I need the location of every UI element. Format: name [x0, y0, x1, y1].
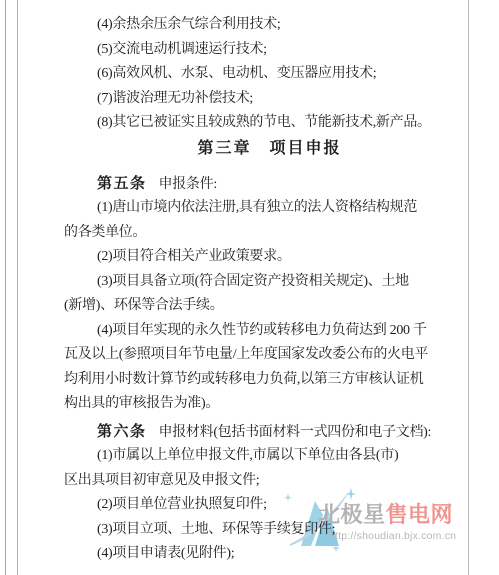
- document-page: (4)余热余压余气综合利用技术; (5)交流电动机调速运行技术; (6)高效风机…: [0, 0, 499, 575]
- document-line: 区出具项目初审意见及申报文件;: [0, 469, 499, 494]
- article-6-text: 申报材料(包括书面材料一式四份和电子文档):: [159, 425, 432, 440]
- article-5-line: 第五条申报条件:: [0, 172, 499, 197]
- document-line: (5)交流电动机调速运行技术;: [0, 38, 499, 63]
- document-line: (2)项目单位营业执照复印件;: [0, 493, 499, 518]
- document-line: 瓦及以上(参照项目年节电量/上年度国家发改委公布的火电平: [0, 343, 499, 368]
- document-line: (新增)、环保等合法手续。: [0, 294, 499, 319]
- chapter-heading: 第三章 项目申报: [0, 136, 499, 162]
- document-line: (3)项目立项、土地、环保等手续复印件;: [0, 518, 499, 543]
- document-line: (8)其它已被证实且较成熟的节电、节能新技术,新产品。: [0, 111, 499, 136]
- document-line: (7)谐波治理无功补偿技术;: [0, 87, 499, 112]
- document-line: 的各类单位。: [0, 221, 499, 246]
- document-line: (3)项目具备立项(符合固定资产投资相关规定)、土地: [0, 270, 499, 295]
- document-line: 构出具的审核报告为准)。: [0, 392, 499, 417]
- article-5-number: 第五条: [97, 176, 147, 192]
- document-line: (2)项目符合相关产业政策要求。: [0, 245, 499, 270]
- document-line: 均利用小时数计算节约或转移电力负荷,以第三方审核认证机: [0, 368, 499, 393]
- document-line: (4)项目年实现的永久性节约或转移电力负荷达到 200 千: [0, 319, 499, 344]
- document-line: (4)项目申请表(见附件);: [0, 542, 499, 567]
- article-6-number: 第六条: [97, 424, 147, 440]
- document-line: (1)唐山市境内依法注册,具有独立的法人资格结构规范: [0, 196, 499, 221]
- document-line: (1)市属以上单位申报文件,市属以下单位由各县(市): [0, 444, 499, 469]
- document-line: (4)余热余压余气综合利用技术;: [0, 13, 499, 38]
- article-6-line: 第六条申报材料(包括书面材料一式四份和电子文档):: [0, 420, 499, 445]
- article-5-text: 申报条件:: [159, 177, 217, 192]
- document-line: (6)高效风机、水泵、电动机、变压器应用技术;: [0, 62, 499, 87]
